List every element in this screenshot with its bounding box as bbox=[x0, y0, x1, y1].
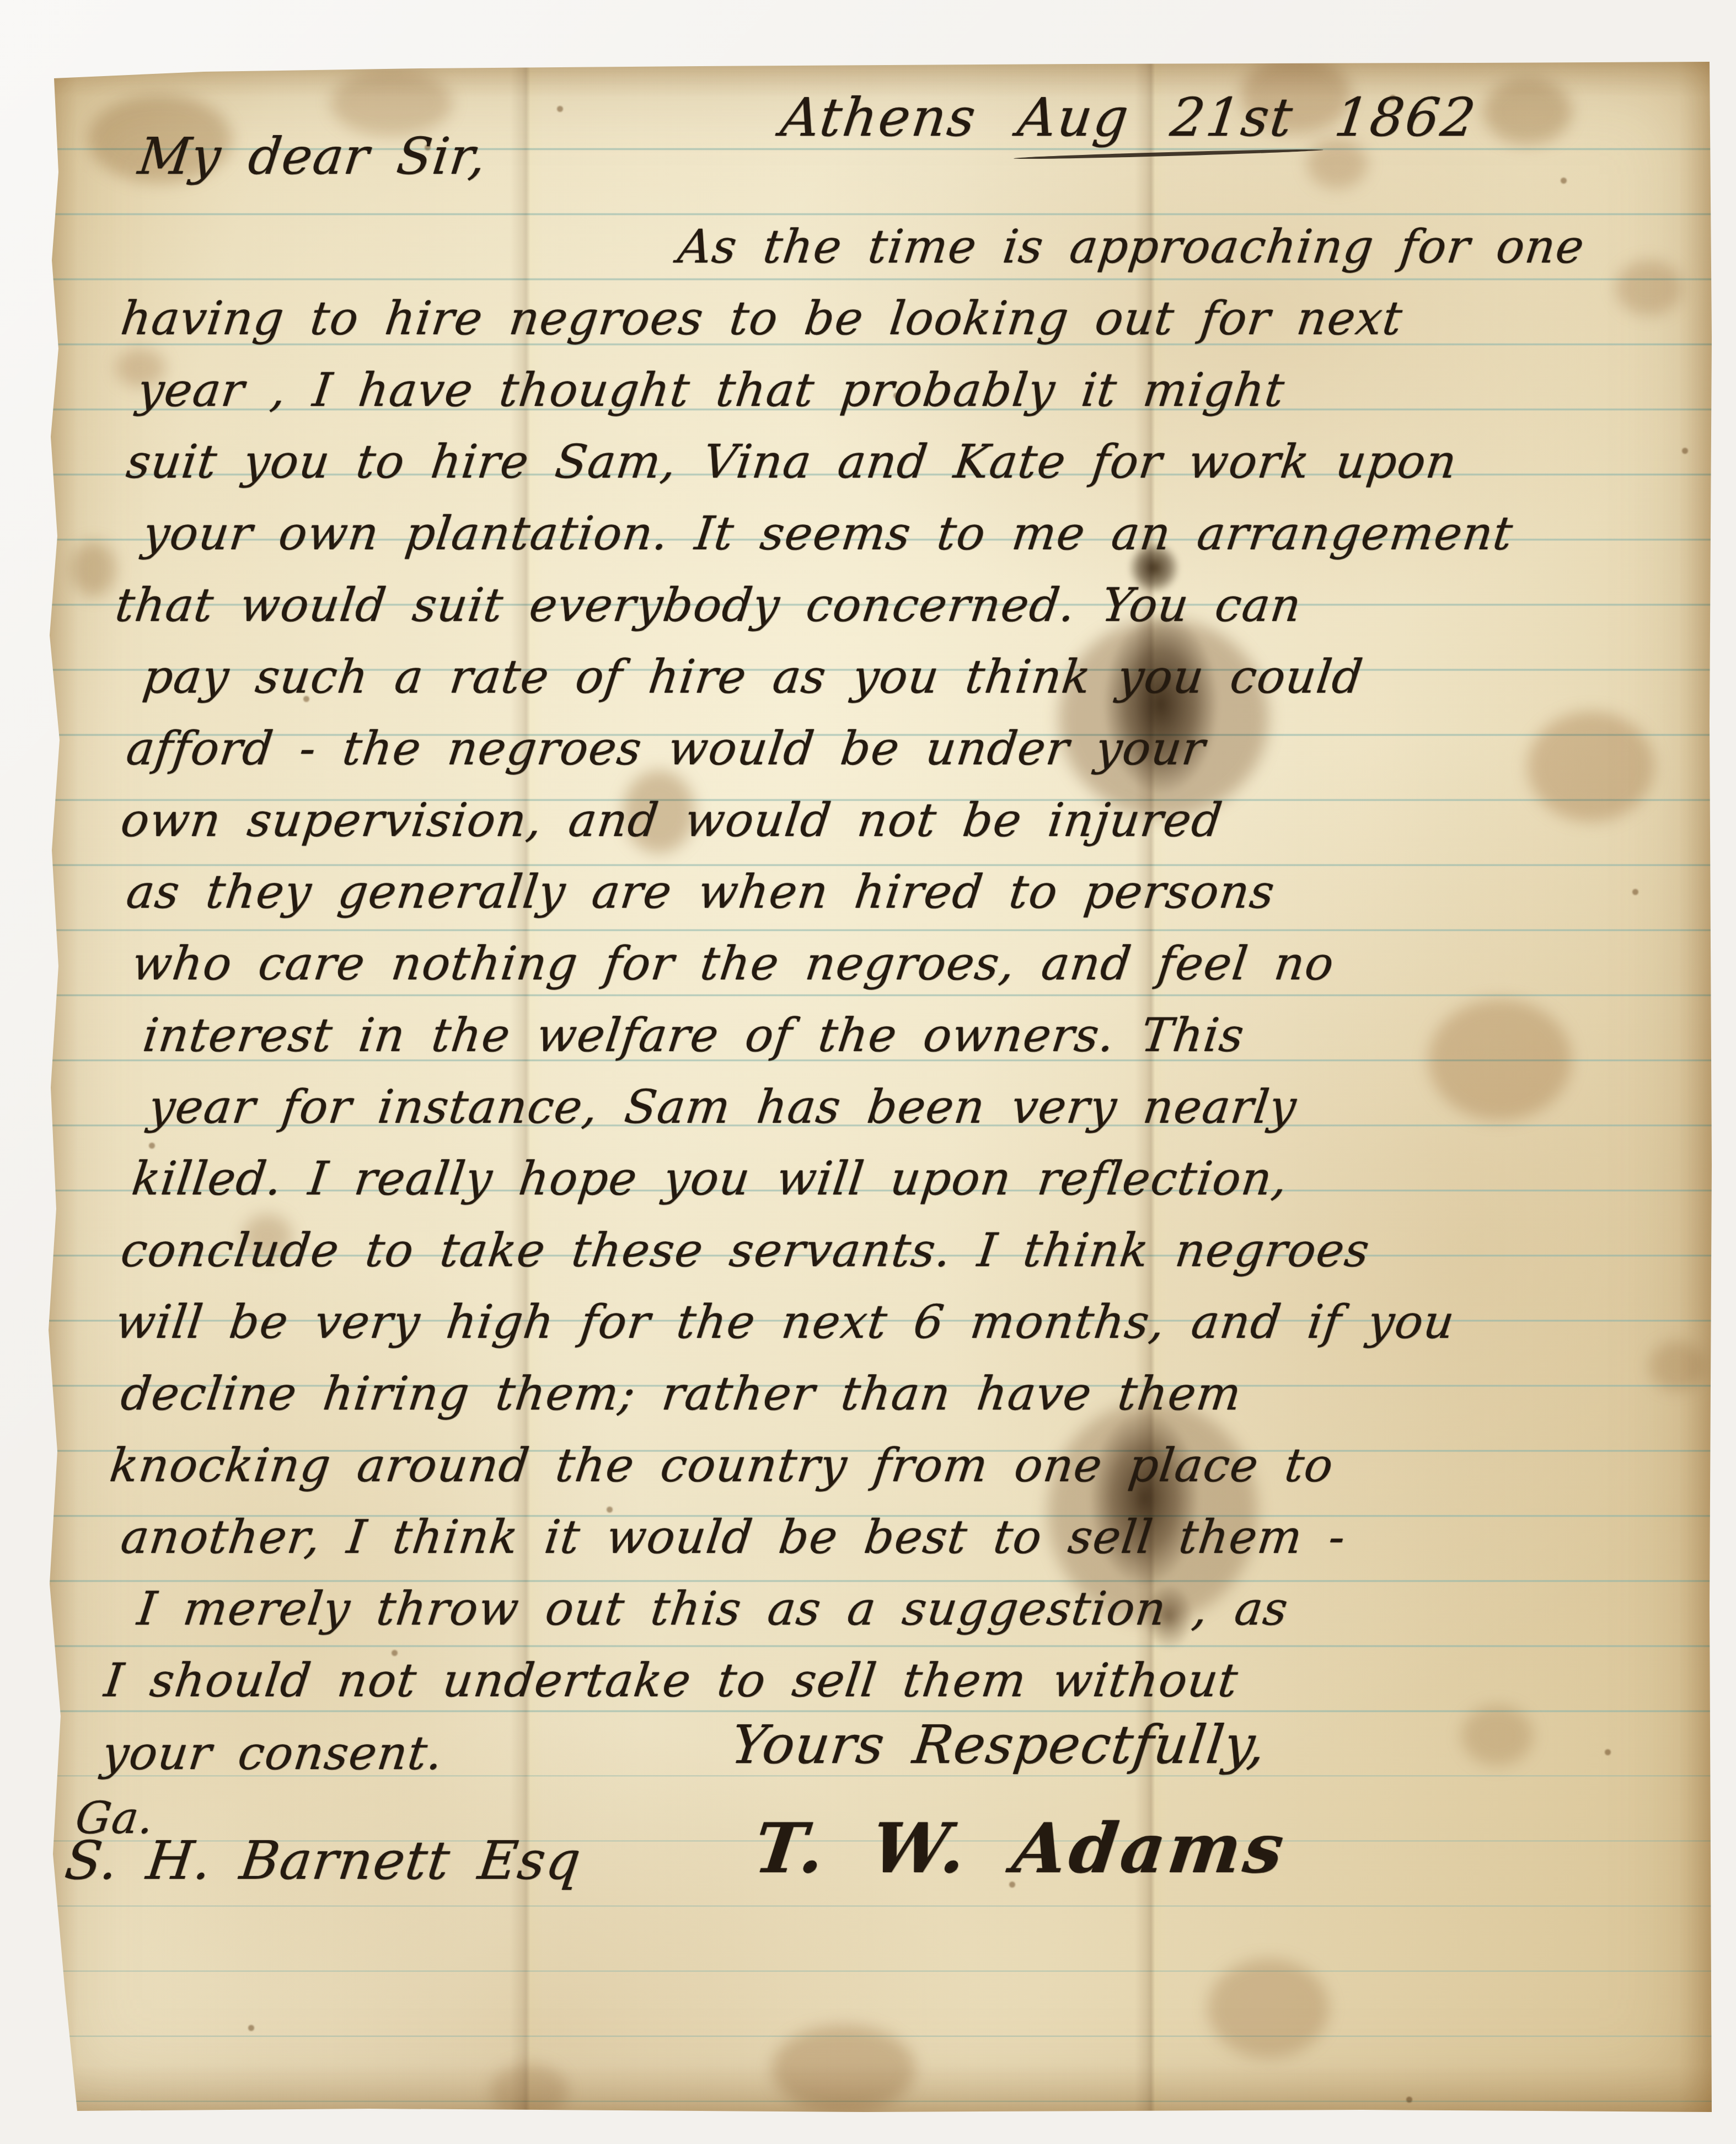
scan-background: Athens Aug 21st 1862 My dear Sir, As the… bbox=[0, 0, 1736, 2144]
stain bbox=[772, 2025, 915, 2113]
speck bbox=[1632, 889, 1638, 895]
speck bbox=[1561, 178, 1567, 184]
handwriting-line: interest in the welfare of the owners. T… bbox=[138, 1008, 1588, 1080]
handwriting-line: who care nothing for the negroes, and fe… bbox=[127, 936, 1588, 1008]
handwriting-line: killed. I really hope you will upon refl… bbox=[127, 1151, 1588, 1223]
handwriting-line: knocking around the country from one pla… bbox=[105, 1438, 1588, 1510]
speck bbox=[248, 2025, 254, 2031]
handwriting-line: having to hire negroes to be looking out… bbox=[116, 291, 1588, 363]
handwriting-line: I merely throw out this as a suggestion … bbox=[132, 1582, 1588, 1653]
handwriting-line: own supervision, and would not be injure… bbox=[116, 793, 1588, 865]
handwriting-line: As the time is approaching for one bbox=[673, 219, 1588, 291]
handwriting-line: will be very high for the next 6 months,… bbox=[110, 1295, 1588, 1366]
stain bbox=[491, 2063, 568, 2119]
stain bbox=[331, 70, 452, 136]
addressee-name: S. H. Barnett Esq bbox=[62, 1830, 585, 1891]
speck bbox=[1406, 2097, 1412, 2103]
handwriting-line: as they generally are when hired to pers… bbox=[121, 865, 1588, 936]
stain bbox=[1616, 260, 1682, 315]
letter-paper: Athens Aug 21st 1862 My dear Sir, As the… bbox=[39, 62, 1712, 2112]
handwriting-line: conclude to take these servants. I think… bbox=[116, 1223, 1588, 1295]
handwriting-line: afford - the negroes would be under your bbox=[121, 721, 1588, 793]
handwriting-line: your own plantation. It seems to me an a… bbox=[138, 506, 1588, 578]
handwriting-line: pay such a rate of hire as you think you… bbox=[138, 650, 1588, 721]
salutation: My dear Sir, bbox=[135, 127, 490, 186]
handwriting-line: year , I have thought that probably it m… bbox=[132, 363, 1588, 435]
dateline: Athens Aug 21st 1862 bbox=[778, 87, 1480, 148]
signature: T. W. Adams bbox=[750, 1809, 1291, 1889]
handwriting-line: another, I think it would be best to sel… bbox=[116, 1510, 1588, 1582]
handwriting-line: year for instance, Sam has been very nea… bbox=[143, 1080, 1588, 1151]
letter-body: As the time is approaching for onehaving… bbox=[99, 219, 1579, 1725]
consent-line: your consent. bbox=[99, 1726, 447, 1780]
closing-line: Yours Respectfully, bbox=[728, 1714, 1269, 1776]
stain bbox=[1483, 78, 1572, 144]
stain bbox=[1208, 1959, 1329, 2058]
stain bbox=[1649, 1341, 1704, 1391]
handwriting-line: suit you to hire Sam, Vina and Kate for … bbox=[121, 435, 1588, 506]
handwriting-line: that would suit everybody concerned. You… bbox=[110, 578, 1588, 650]
handwriting-line: decline hiring them; rather than have th… bbox=[116, 1366, 1588, 1438]
speck bbox=[1605, 1749, 1611, 1755]
speck bbox=[1682, 448, 1688, 454]
speck bbox=[557, 106, 563, 112]
